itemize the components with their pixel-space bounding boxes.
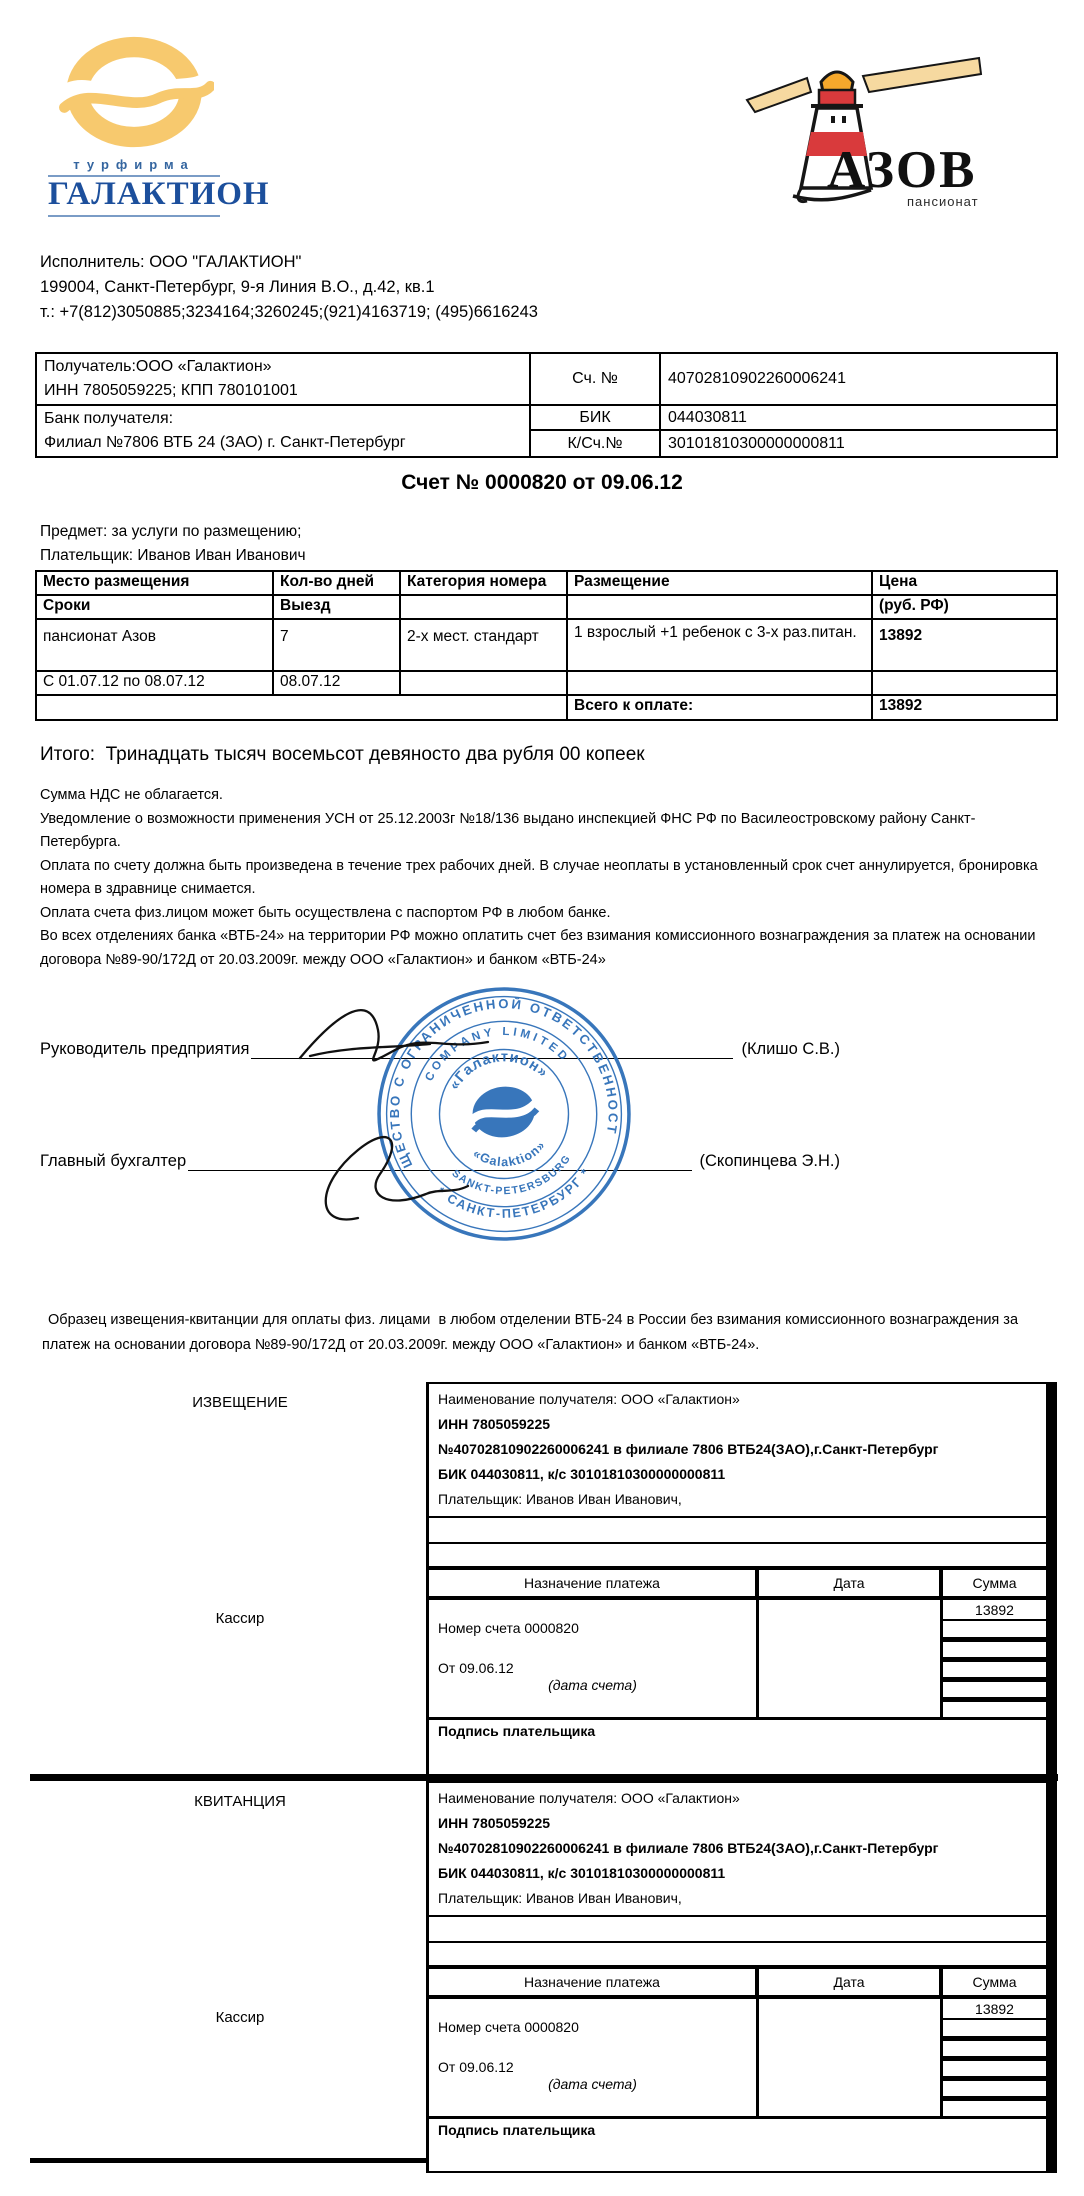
slip-date-header: Дата: [759, 1570, 943, 1596]
slip-label: КВИТАНЦИЯ: [130, 1793, 350, 1810]
slip-amount-value: 13892: [943, 1999, 1046, 2020]
cell-place: пансионат Азов: [36, 619, 273, 671]
total-in-words: Итого: Тринадцать тысяч восемьсот девяно…: [40, 744, 645, 766]
col-place-header: Место размещения: [36, 571, 273, 595]
director-label: Руководитель предприятия: [40, 1040, 249, 1059]
cashier-label: Кассир: [180, 1610, 300, 1627]
accountant-name: (Скопинцева Э.Н.): [694, 1152, 840, 1171]
slip-inn: ИНН 7805059225: [438, 1811, 1037, 1836]
slip-bik: БИК 044030811, к/с 30101810300000000811: [438, 1462, 1037, 1487]
notes-block: Сумма НДС не облагается. Уведомление о в…: [40, 784, 1044, 972]
galaktion-logo: турфирма ГАЛАКТИОН: [48, 34, 220, 217]
col-departure-header: Выезд: [273, 595, 400, 619]
executor-block: Исполнитель: ООО "ГАЛАКТИОН" 199004, Сан…: [40, 250, 538, 325]
empty-cell: [567, 671, 872, 695]
cell-terms: С 01.07.12 по 08.07.12: [36, 671, 273, 695]
slip-box: Наименование получателя: ООО «Галактион»…: [426, 1382, 1048, 1774]
slip-payer: Плательщик: Иванов Иван Иванович,: [438, 1487, 1037, 1512]
slip-payer-signature-label: Подпись плательщика: [429, 1720, 1046, 1774]
recipient-name: Получатель:ООО «Галактион»: [44, 355, 522, 379]
slip-invoice-number: Номер счета 0000820: [438, 1620, 747, 1636]
slip-invoice-date: От 09.06.12: [438, 1660, 747, 1676]
note-payment-term: Оплата по счету должна быть произведена …: [40, 855, 1044, 902]
sample-notice: Образец извещения-квитанции для оплаты ф…: [42, 1308, 1044, 1358]
slip-invoice-number: Номер счета 0000820: [438, 2019, 747, 2035]
empty-cell: [872, 671, 1057, 695]
slip-amount-empty-row: [943, 2020, 1046, 2040]
slip-table-header: Назначение платежа Дата Сумма: [429, 1570, 1046, 1600]
azov-tagline: пансионат: [907, 194, 979, 209]
galaktion-emblem-icon: [54, 34, 214, 152]
bank-label: Банк получателя:: [44, 407, 522, 431]
slip-blank-row: [429, 1544, 1046, 1570]
slip-date-header: Дата: [759, 1969, 943, 1995]
cell-departure: 08.07.12: [273, 671, 400, 695]
slip-amount-empty-row: [943, 1642, 1046, 1662]
azov-logo: АЗОВ пансионат: [745, 48, 995, 213]
slip-date-cell: [759, 1999, 943, 2116]
total-value: 13892: [872, 695, 1057, 720]
invoice-title: Счет № 0000820 от 09.06.12: [0, 471, 1084, 495]
slip-invoice-date: От 09.06.12: [438, 2059, 747, 2075]
cell-price: 13892: [872, 619, 1057, 671]
bank-cell: Банк получателя: Филиал №7806 ВТБ 24 (ЗА…: [36, 405, 530, 457]
recipient-cell: Получатель:ООО «Галактион» ИНН 780505922…: [36, 353, 530, 405]
bank-branch: Филиал №7806 ВТБ 24 (ЗАО) г. Санкт-Петер…: [44, 431, 522, 455]
note-usn: Уведомление о возможности применения УСН…: [40, 808, 1044, 855]
col-price-header: Цена: [872, 571, 1057, 595]
note-passport: Оплата счета физ.лицом может быть осущес…: [40, 902, 1044, 926]
cell-accommodation: 1 взрослый +1 ребенок с 3-х раз.питан.: [567, 619, 872, 671]
slip-payer-signature-label: Подпись плательщика: [429, 2119, 1046, 2171]
payment-slip-receipt: КВИТАНЦИЯ Кассир Наименование получателя…: [30, 1781, 1058, 2173]
azov-wordmark: АЗОВ: [827, 140, 977, 200]
slip-purpose-cell: Номер счета 0000820 От 09.06.12 (дата сч…: [429, 1600, 759, 1717]
executor-address: 199004, Санкт-Петербург, 9-я Линия В.О.,…: [40, 275, 538, 300]
slip-amount-header: Сумма: [943, 1969, 1046, 1995]
slip-amount-value: 13892: [943, 1600, 1046, 1621]
slip-table-body: Номер счета 0000820 От 09.06.12 (дата сч…: [429, 1600, 1046, 1720]
slip-bik: БИК 044030811, к/с 30101810300000000811: [438, 1861, 1037, 1886]
slip-amount-empty-row: [943, 2081, 1046, 2101]
note-vat: Сумма НДС не облагается.: [40, 784, 1044, 808]
director-name: (Клишо С.В.): [735, 1040, 840, 1059]
bik-label: БИК: [530, 405, 660, 430]
empty-header-cell: [400, 595, 567, 619]
payment-slip-notice: ИЗВЕЩЕНИЕ Кассир Наименование получателя…: [30, 1382, 1058, 1774]
invoice-document: турфирма ГАЛАКТИОН АЗОВ пансионат Исполн…: [0, 0, 1084, 2196]
slip-account: №40702810902260006241 в филиале 7806 ВТБ…: [438, 1836, 1037, 1861]
empty-cell: [400, 671, 567, 695]
slip-table-body: Номер счета 0000820 От 09.06.12 (дата сч…: [429, 1999, 1046, 2119]
slip-right-edge-bar: [1046, 1382, 1057, 2173]
invoice-subject: Предмет: за услуги по размещению;: [40, 523, 301, 541]
slip-recipient-name: Наименование получателя: ООО «Галактион»: [438, 1786, 1037, 1811]
executor-phones: т.: +7(812)3050885;3234164;3260245;(921)…: [40, 300, 538, 325]
col-category-header: Категория номера: [400, 571, 567, 595]
company-stamp: ОБЩЕСТВО С ОГРАНИЧЕННОЙ ОТВЕТСТВЕННОСТЬЮ…: [355, 965, 653, 1263]
invoice-payer: Плательщик: Иванов Иван Иванович: [40, 547, 306, 565]
slip-invoice-date-caption: (дата счета): [438, 1677, 747, 1693]
slip-blank-row: [429, 1917, 1046, 1943]
galaktion-tagline: турфирма: [48, 157, 220, 177]
slip-amount-empty-row: [943, 1702, 1046, 1717]
slip-amount-column: 13892: [943, 1999, 1046, 2116]
note-vtb: Во всех отделениях банка «ВТБ-24» на тер…: [40, 925, 1044, 972]
cell-days: 7: [273, 619, 400, 671]
cashier-label: Кассир: [180, 2009, 300, 2026]
slip-purpose-cell: Номер счета 0000820 От 09.06.12 (дата сч…: [429, 1999, 759, 2116]
slip-blank-row: [429, 1943, 1046, 1969]
slip-amount-empty-row: [943, 2041, 1046, 2061]
account-value: 40702810902260006241: [660, 353, 1057, 405]
slip-account: №40702810902260006241 в филиале 7806 ВТБ…: [438, 1437, 1037, 1462]
col-accommodation-header: Размещение: [567, 571, 872, 595]
slip-amount-empty-row: [943, 1621, 1046, 1641]
slip-amount-empty-row: [943, 1662, 1046, 1682]
slip-inn: ИНН 7805059225: [438, 1412, 1037, 1437]
slip-recipient-block: Наименование получателя: ООО «Галактион»…: [429, 1783, 1046, 1917]
slip-recipient-block: Наименование получателя: ООО «Галактион»…: [429, 1384, 1046, 1518]
cell-category: 2-х мест. стандарт: [400, 619, 567, 671]
bank-requisites-table: Получатель:ООО «Галактион» ИНН 780505922…: [35, 352, 1058, 458]
slip-amount-empty-row: [943, 2101, 1046, 2116]
slip-amount-empty-row: [943, 1682, 1046, 1702]
accountant-label: Главный бухгалтер: [40, 1152, 186, 1171]
recipient-inn-kpp: ИНН 7805059225; КПП 780101001: [44, 379, 522, 403]
col-days-header: Кол-во дней: [273, 571, 400, 595]
slip-amount-empty-row: [943, 2061, 1046, 2081]
slip-separator-bar: [30, 1774, 1058, 1781]
slip-purpose-header: Назначение платежа: [429, 1969, 759, 1995]
empty-footer-cell: [36, 695, 567, 720]
slip-recipient-name: Наименование получателя: ООО «Галактион»: [438, 1387, 1037, 1412]
col-price-units-header: (руб. РФ): [872, 595, 1057, 619]
slip-date-cell: [759, 1600, 943, 1717]
empty-header-cell: [567, 595, 872, 619]
slip2-label-bottom-bar: [30, 2158, 429, 2163]
slip-amount-header: Сумма: [943, 1570, 1046, 1596]
slip-label: ИЗВЕЩЕНИЕ: [130, 1394, 350, 1411]
slip-blank-row: [429, 1518, 1046, 1544]
bik-value: 044030811: [660, 405, 1057, 430]
col-terms-header: Сроки: [36, 595, 273, 619]
slip-box: Наименование получателя: ООО «Галактион»…: [426, 1781, 1048, 2173]
slip-purpose-header: Назначение платежа: [429, 1570, 759, 1596]
galaktion-wordmark: ГАЛАКТИОН: [48, 177, 220, 217]
services-table: Место размещения Кол-во дней Категория н…: [35, 570, 1058, 721]
executor-name: Исполнитель: ООО "ГАЛАКТИОН": [40, 250, 538, 275]
slip-amount-column: 13892: [943, 1600, 1046, 1717]
slip-payer: Плательщик: Иванов Иван Иванович,: [438, 1886, 1037, 1911]
corr-value: 30101810300000000811: [660, 430, 1057, 457]
slip-invoice-date-caption: (дата счета): [438, 2076, 747, 2092]
total-label: Всего к оплате:: [567, 695, 872, 720]
slip-table-header: Назначение платежа Дата Сумма: [429, 1969, 1046, 1999]
corr-label: К/Сч.№: [530, 430, 660, 457]
account-label: Сч. №: [530, 353, 660, 405]
